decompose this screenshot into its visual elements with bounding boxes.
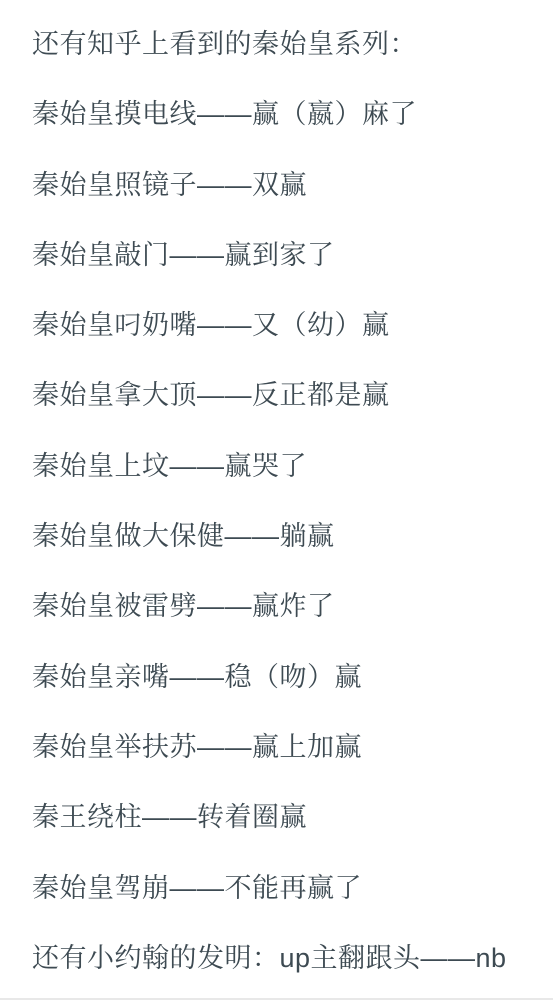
joke-line-1: 秦始皇摸电线——赢（嬴）麻了 <box>32 79 533 149</box>
joke-line-12: 秦始皇驾崩——不能再赢了 <box>32 853 533 923</box>
text-content-page: { "page": { "background_color": "#ffffff… <box>0 0 553 1000</box>
outro-line: 还有小约翰的发明：up主翻跟头——nb <box>32 923 533 993</box>
joke-line-9: 秦始皇亲嘴——稳（吻）赢 <box>32 642 533 712</box>
joke-line-6: 秦始皇上坟——赢哭了 <box>32 431 533 501</box>
joke-line-5: 秦始皇拿大顶——反正都是赢 <box>32 360 533 430</box>
joke-line-11: 秦王绕柱——转着圈赢 <box>32 782 533 852</box>
joke-line-4: 秦始皇叼奶嘴——又（幼）赢 <box>32 290 533 360</box>
intro-line: 还有知乎上看到的秦始皇系列： <box>32 9 533 79</box>
joke-line-7: 秦始皇做大保健——躺赢 <box>32 501 533 571</box>
post-body: 还有知乎上看到的秦始皇系列： 秦始皇摸电线——赢（嬴）麻了 秦始皇照镜子——双赢… <box>0 0 553 993</box>
joke-line-10: 秦始皇举扶苏——赢上加赢 <box>32 712 533 782</box>
joke-line-3: 秦始皇敲门——赢到家了 <box>32 220 533 290</box>
joke-line-8: 秦始皇被雷劈——赢炸了 <box>32 571 533 641</box>
joke-line-2: 秦始皇照镜子——双赢 <box>32 150 533 220</box>
